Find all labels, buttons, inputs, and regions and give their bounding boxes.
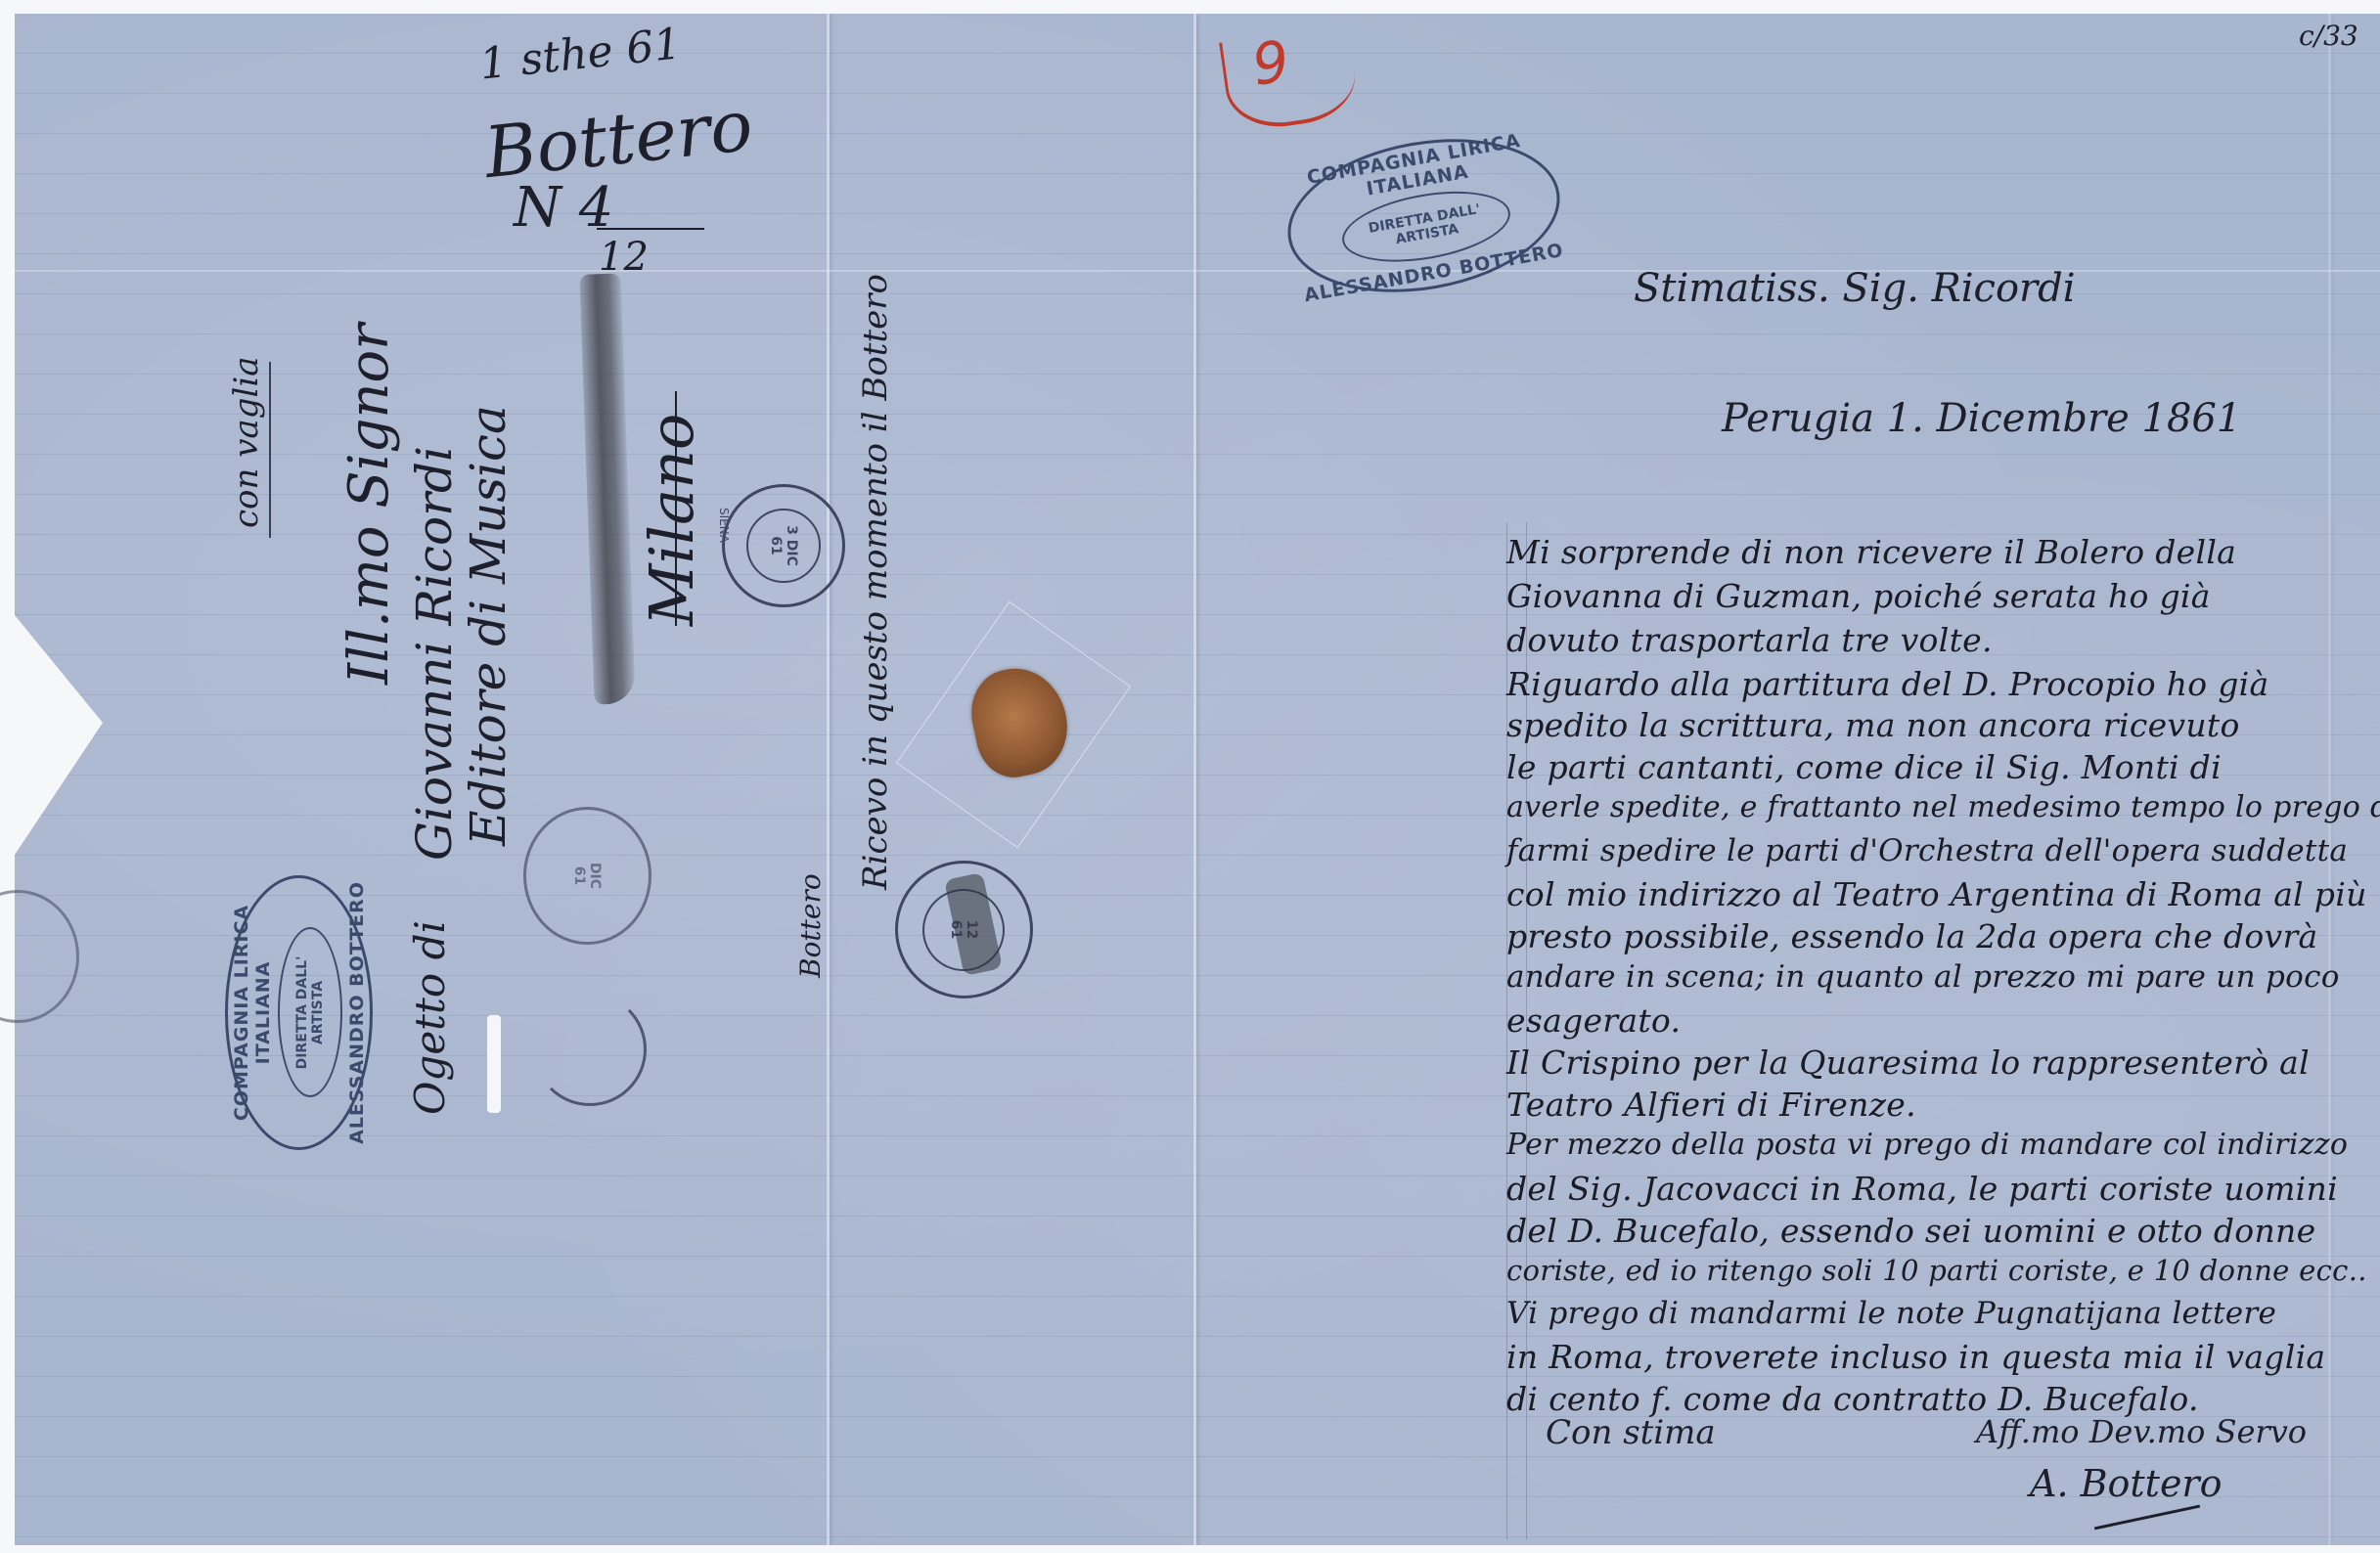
middle-signature: Bottero [794,873,827,978]
letter-line: del Sig. Jacovacci in Roma, le parti cor… [1506,1170,2338,1208]
letter-line: esagerato. [1506,1001,1681,1040]
postmark-date: DIC [588,863,604,889]
letter-line: coriste, ed io ritengo soli 10 parti cor… [1506,1254,2367,1287]
place-date: Perugia 1. Dicembre 1861 [1722,396,2241,441]
address-line3: Editore di Musica [460,405,516,846]
letter-line: Giovanna di Guzman, poiché serata ho già [1506,577,2211,615]
letter-line: andare in scena; in quanto al prezzo mi … [1506,959,2340,995]
docket-line: N 4 [514,176,613,240]
address-line2: Giovanni Ricordi [406,446,463,861]
stamp-inner-text: DIRETTA DALL' [294,956,310,1070]
letter-line: Mi sorprende di non ricevere il Bolero d… [1506,533,2236,571]
glare [487,1015,501,1113]
company-stamp-rotated: COMPAGNIA LIRICA ITALIANA DIRETTA DALL' … [225,875,373,1150]
letter-line: le parti cantanti, come dice il Sig. Mon… [1506,748,2222,786]
letter-line: Per mezzo della posta vi prego di mandar… [1506,1128,2348,1162]
postmark-siena: 3 DIC 61 [722,484,845,607]
letter-line: spedito la scrittura, ma non ancora rice… [1506,706,2240,744]
letter-line: del D. Bucefalo, essendo sei uomini e ot… [1506,1212,2315,1250]
letter-line: presto possibile, essendo la 2da opera c… [1506,917,2318,955]
letter-line: Vi prego di mandarmi le note Pugnatijana… [1506,1296,2276,1331]
letter-line: averle spedite, e frattanto nel medesimo… [1506,790,2380,824]
signature: A. Bottero [2030,1462,2222,1505]
letter-line: Teatro Alfieri di Firenze. [1506,1086,1916,1124]
closing-left: Con stima [1546,1413,1716,1452]
postmark-year: 61 [768,536,784,555]
stamp-top-text: COMPAGNIA LIRICA ITALIANA [231,878,274,1147]
closing-right: Aff.mo Dev.mo Servo [1976,1413,2307,1450]
underline [597,228,704,230]
folio-number: c/33 [2299,20,2358,52]
city-underline [675,391,677,626]
address-prefix: Ogetto di [406,920,454,1115]
letter-line: in Roma, troverete incluso in questa mia… [1506,1338,2325,1376]
postmark-year: 61 [572,866,588,885]
stamp-inner-text: ARTISTA [310,981,326,1044]
postmark-date: 3 DIC [784,525,799,566]
letter-line: Riguardo alla partitura del D. Procopio … [1506,665,2268,703]
letter-line: col mio indirizzo al Teatro Argentina di… [1506,875,2367,913]
letter-line: dovuto trasportarla tre volte. [1506,621,1993,659]
letter-line: Il Crispino per la Quaresima lo rapprese… [1506,1043,2310,1082]
stamp-bottom-text: ALESSANDRO BOTTERO [346,881,368,1144]
letter-line: farmi spedire le parti d'Orchestra dell'… [1506,833,2348,868]
address-line1: Ill.mo Signor [337,324,401,685]
side-note-rule [269,362,271,538]
fold-line [2328,14,2331,1545]
salutation: Stimatiss. Sig. Ricordi [1634,266,2076,311]
fold-line [827,14,830,1545]
address-city: Milano [636,414,707,626]
postmark-perugia: DIC 61 [523,807,651,945]
side-note: con vaglia [227,357,266,528]
red-number: 9 [1248,27,1293,98]
postmark-partial [533,993,647,1106]
fold-line [1193,14,1196,1545]
postmark-label: SIENA [717,508,731,543]
middle-note: Ricevo in questo momento il Bottero [856,274,895,890]
